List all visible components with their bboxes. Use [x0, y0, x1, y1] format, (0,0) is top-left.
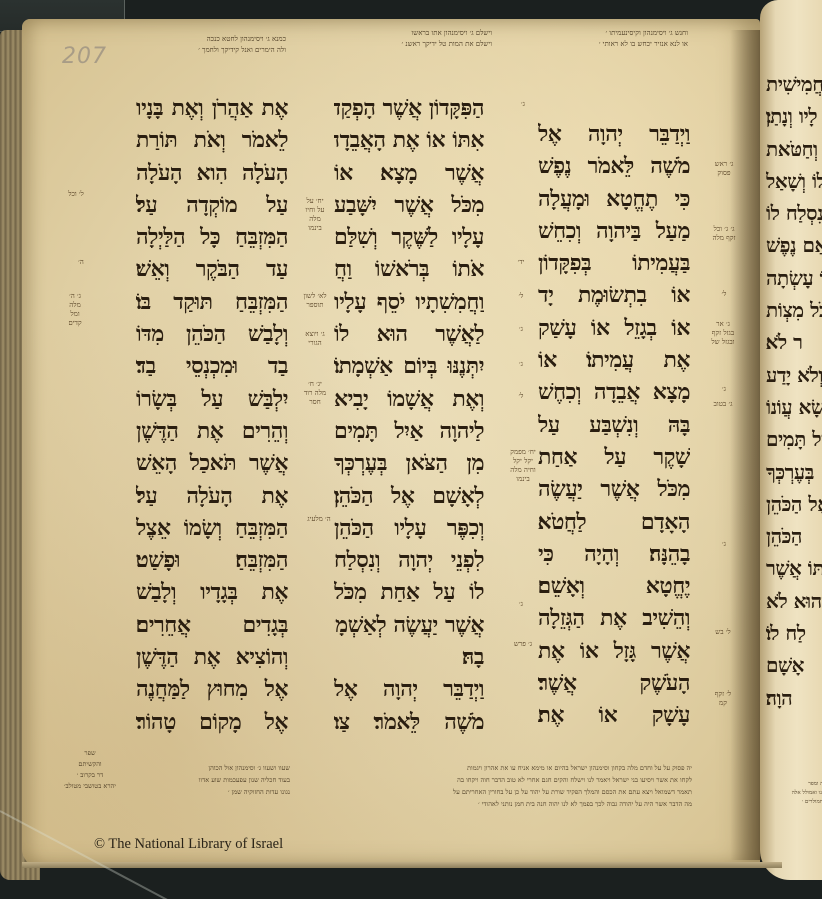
text-line: אוֹ בְגָזֵל אוֹ עָשַׁק: [538, 312, 690, 344]
text-line: אֹתוֹ בְּרֹאשׁוֹ וַחֲ: [334, 253, 484, 285]
page-bottom-edge: [22, 862, 782, 868]
text-line: לַיהוָה אַיִל תָּמִים: [334, 415, 484, 447]
text-line: אוֹ בִתְשׂוּמֶת יָד: [538, 279, 690, 311]
masora-line: דר בקרוב ׳: [40, 770, 140, 781]
marginal-note: ג׳: [514, 100, 532, 109]
text-line: לוֹ וְשָׁאַל: [766, 165, 822, 197]
masora-bottom-left-corner: שפר והקשיתם דר בקרוב ׳ יהרא בטושבי מטולב…: [40, 748, 140, 792]
marginal-note: ל׳: [512, 292, 530, 301]
adjacent-page: אֵת חֲמִישִׁית לָיו וְנָתַן׃ חַ וְחַטֹּא…: [760, 0, 822, 880]
marginal-note: ג׳: [512, 600, 530, 609]
text-line: וְהוּא לֹא: [766, 585, 822, 617]
text-line: וְלָבַשׁ הַכֹּהֵן מִדּוֹ: [136, 318, 288, 350]
text-line: וְלֹא יָדַע: [766, 359, 822, 391]
text-line: בְּגָדִים אֲחֵרִים׃: [136, 609, 288, 641]
folio-number: 207: [62, 44, 107, 69]
text-line: הָאָדָם לַחֲטֹא׃: [538, 506, 690, 538]
text-line: לַאֲשֶׁר הוּא לוֹ: [334, 318, 484, 350]
text-line: הַכֹּהֵן: [766, 520, 822, 552]
text-line: אֲשֶׁר יַעֲשֶׂה לְאַשְׁמָה׃: [334, 609, 484, 641]
text-line: מָצָא אֲבֵדָה וְכִחֶשׁ: [538, 376, 690, 408]
text-line: בְּעֶרְכְּךָ: [766, 456, 822, 488]
text-line: מַעַל בַּיהוָה וְכִחֵשׁ: [538, 215, 690, 247]
text-line: וַיְדַבֵּר יְהוָה אֶל: [538, 118, 690, 150]
masora-line: לקחו את אשר ויסיעו בני ישראל ויאמר לנו ו…: [356, 774, 692, 786]
text-line: בַד וּמִכְנְסֵי בַד׃: [136, 350, 288, 382]
text-line: וְכִפֶּר עָלָיו הַכֹּהֵן: [334, 512, 484, 544]
marginal-note: יח׳ מפמק יקל יקל וחיה מלה בינמו: [510, 448, 536, 484]
marginal-note: יג׳ ח׳ מלה רוד חסר: [302, 380, 328, 407]
text-line: אֶל הַכֹּהֵן: [766, 488, 822, 520]
masora-line: בעוד חכליה שנון עפעכמות שוע אדוו: [150, 774, 290, 786]
text-line: וְהֵרִים אֶת הַדֶּשֶׁן: [136, 415, 288, 447]
masora-line: וישלם את המות טל ידיקך ראשנ ׳: [356, 39, 492, 50]
masora-line: תאמר דשמואל ויצא עתם את הכסם והמלך הפקיד…: [356, 786, 692, 798]
masora-line: והקשיתם: [40, 759, 140, 770]
text-line: וְהֵשִׁיב אֶת הַגְּזֵלָה: [538, 602, 690, 634]
text-line: הָעֹשֶׁק אֲשֶׁר׃: [538, 667, 690, 699]
masora-line: יהרא בטושבי מטולב׳: [40, 781, 140, 792]
text-column-middle: הַפִּקָּדוֹן אֲשֶׁר הָפְקַד אִתּוֹ אוֹ א…: [334, 92, 484, 738]
text-line: הַמִּזְבֵּחַ וְשָׂמוֹ אֵצֶל: [136, 512, 288, 544]
text-line: וְאֶת אֲשָׁמוֹ יָבִיא: [334, 383, 484, 415]
text-line: וְהוֹצִיא אֶת הַדֶּשֶׁן: [136, 641, 288, 673]
text-line: אֲשֶׁר מָצָא׃ אוֹ: [334, 157, 484, 189]
text-line: אֶת אַהֲרֹן וְאֶת בָּנָיו: [136, 92, 288, 124]
masora-line: וחנש ג׳ ויסימנהון וקיסינעמיתו ׳: [550, 28, 688, 39]
masora-line: מה הדבר אשר היה על יהודה גבוה לכך בפמך ל…: [356, 798, 692, 810]
text-line: מִן הַצֹּאן בְּעֶרְכְּךָ: [334, 447, 484, 479]
masora-line: לדוד חמולרים ׳: [774, 798, 822, 807]
text-line: עָלָיו לַשֶּׁקֶר וְשִׁלַּם: [334, 221, 484, 253]
masora-bottom-left: שעוו ושעוו ג׳ וסימנהון אול הכוהן בעוד חכ…: [150, 762, 290, 798]
text-line: עַד הַבֹּקֶר וְאֵשׁ׃: [136, 253, 288, 285]
marginal-note: ג׳ ה׳ מלה ומל קדים: [64, 292, 86, 328]
text-line: הַמִּזְבֵּחַ׃ וּפָשַׁט׃: [136, 544, 288, 576]
text-line: עָשָׁק אוֹ אֶת׃: [538, 699, 690, 731]
marginal-note: ג׳: [512, 325, 530, 334]
text-line: מִכֹּל אֲשֶׁר יִשָּׁבַע: [334, 189, 484, 221]
text-line: יִתְּנֶנּוּ בְּיוֹם אַשְׁמָתוֹ׃: [334, 350, 484, 382]
text-line: בַּעֲמִיתוֹ בְּפִקָּדוֹן: [538, 247, 690, 279]
text-line: אָשָׁם: [766, 649, 822, 681]
text-line: הַמִּזְבֵּחַ כָּל הַלַּיְלָה: [136, 221, 288, 253]
text-line: תּוֹ אֲשֶׁר: [766, 552, 822, 584]
text-line: אֶת עֲמִיתוֹ׃ אוֹ: [538, 344, 690, 376]
masora-line: ג׳ מלה ומפר: [774, 780, 822, 789]
marginal-note: ה׳: [72, 258, 90, 267]
text-column-right: וַיְדַבֵּר יְהוָה אֶל מֹשֶׁה לֵּאמֹר נֶפ…: [538, 118, 690, 732]
text-line: לוֹ עַל אַחַת מִכֹּל: [334, 576, 484, 608]
text-line: אַם נֶפֶשׁ: [766, 229, 822, 261]
marginal-note: ג׳ פרש: [512, 640, 534, 649]
marginal-note: לא׳ לשון תוספר: [302, 292, 328, 310]
text-line: אֶת בְּגָדָיו וְלָבַשׁ: [136, 576, 288, 608]
copyright-notice: © The National Library of Israel: [94, 836, 283, 853]
marginal-note: ג׳ ויוצא הגורי: [302, 330, 328, 348]
masora-top-right: וחנש ג׳ ויסימנהון וקיסינעמיתו ׳ או לנא א…: [550, 28, 688, 50]
text-line: כֹּל מִצְוֹת: [766, 294, 822, 326]
masora-top-left: כמנא ג׳ ויסימנהון לחטא כנכה ולה הימרים ו…: [150, 34, 286, 56]
masora-bottom-center: יה פסוק על על וחדם מלה בקחון וסימנהון יש…: [356, 762, 692, 810]
text-line: מִכֹּל אֲשֶׁר יַעֲשֶׂה: [538, 473, 690, 505]
text-line: מֹשֶׁה לֵּאמֹר נֶפֶשׁ: [538, 150, 690, 182]
text-line: לְאָשָׁם אֶל הַכֹּהֵן׃: [334, 480, 484, 512]
text-line: אֶת הָעֹלָה עַל׃: [136, 480, 288, 512]
masora-bottom-next-page: ג׳ מלה ומפר ויאמרנו ואמולל אלה לדוד חמול…: [774, 780, 822, 807]
text-line: הַמִּזְבֵּחַ תּוּקַד בּוֹ׃: [136, 286, 288, 318]
text-line: שָׁקֶר עַל אַחַת: [538, 441, 690, 473]
text-line: לַח לוֹ׃: [766, 617, 822, 649]
masora-line: יה פסוק על על וחדם מלה בקחון וסימנהון יש…: [356, 762, 692, 774]
text-line: אֵת חֲמִישִׁית: [766, 68, 822, 100]
text-line: אַיִל תָּמִים: [766, 423, 822, 455]
text-line: אֶל מִחוּץ לַמַּחֲנֶה: [136, 673, 288, 705]
text-line: יִלְבַּשׁ עַל בְּשָׂרוֹ: [136, 383, 288, 415]
text-column-left: אֶת אַהֲרֹן וְאֶת בָּנָיו לֵאמֹר וְאֹת ת…: [136, 92, 288, 738]
adjacent-page-text: אֵת חֲמִישִׁית לָיו וְנָתַן׃ חַ וְחַטֹּא…: [766, 68, 822, 714]
masora-line: נגונו עדות החזוקיה שמן ׳: [150, 786, 290, 798]
text-line: בָהֵנָּה׃ וְהָיָה כִּי: [538, 538, 690, 570]
marginal-note: ל׳ וכל: [64, 190, 88, 199]
text-line: בָהּ׃: [334, 641, 484, 673]
text-line: חַ וְחַטֹּאת: [766, 133, 822, 165]
text-line: וְנִסְלַח לוֹ: [766, 197, 822, 229]
text-line: לִפְנֵי יְהוָה וְנִסְלַח: [334, 544, 484, 576]
text-line: לֵאמֹר וְאֹת תּוֹרַת: [136, 124, 288, 156]
text-line: לָיו וְנָתַן׃: [766, 100, 822, 132]
masora-line: או לנא אנזיר יכחש בו לא ראותי ׳: [550, 39, 688, 50]
text-line: אֶל מָקוֹם טָהוֹר׃: [136, 706, 288, 738]
masora-line: שפר: [40, 748, 140, 759]
text-line: אֲשֶׁר גָּזָל אוֹ אֶת: [538, 635, 690, 667]
masora-line: וישלם ג׳ ויסימנהון אתו בראשו: [356, 28, 492, 39]
text-line: אִתּוֹ אוֹ אֶת הָאֲבֵדָה: [334, 124, 484, 156]
marginal-note: ג׳: [512, 360, 530, 369]
text-line: מֹשֶׁה לֵּאמֹר׃ צַו׃: [334, 706, 484, 738]
text-line: הוָה׃: [766, 682, 822, 714]
text-line: יֶחֱטָא וְאָשֵׁם׃: [538, 570, 690, 602]
masora-line: ולה הימרים ואנל קידיקך ולחמך ׳: [150, 45, 286, 56]
masora-line: שעוו ושעוו ג׳ וסימנהון אול הכוהן: [150, 762, 290, 774]
text-line: שָׂא עֲוֹנוֹ: [766, 391, 822, 423]
text-line: ר לֹא׃: [766, 326, 822, 358]
masora-top-center: וישלם ג׳ ויסימנהון אתו בראשו וישלם את המ…: [356, 28, 492, 50]
text-line: עַל מוֹקְדָה עַל׃: [136, 189, 288, 221]
masora-line: ויאמרנו ואמולל אלה: [774, 789, 822, 798]
masora-line: כמנא ג׳ ויסימנהון לחטא כנכה: [150, 34, 286, 45]
text-line: בָּהּ וְנִשְׁבַּע עַל: [538, 409, 690, 441]
text-line: אֲשֶׁר תֹּאכַל הָאֵשׁ: [136, 447, 288, 479]
marginal-note: יד׳: [512, 258, 530, 267]
text-line: וַיְדַבֵּר יְהוָה אֶל: [334, 673, 484, 705]
text-line: אוֹ עָשְׂתָה: [766, 262, 822, 294]
text-line: כִּי תֶחֱטָא וּמָעֲלָה: [538, 183, 690, 215]
marginal-note: יח׳ על על וחיו מלה בינמו: [302, 197, 328, 233]
text-line: וַחֲמִשִׁתָיו יֹסֵף עָלָיו: [334, 286, 484, 318]
marginal-note: ה׳ מלעיג: [306, 515, 332, 524]
text-line: הָעֹלָה הִוא הָעֹלָה: [136, 157, 288, 189]
text-line: הַפִּקָּדוֹן אֲשֶׁר הָפְקַד: [334, 92, 484, 124]
marginal-note: ל׳: [512, 392, 530, 401]
